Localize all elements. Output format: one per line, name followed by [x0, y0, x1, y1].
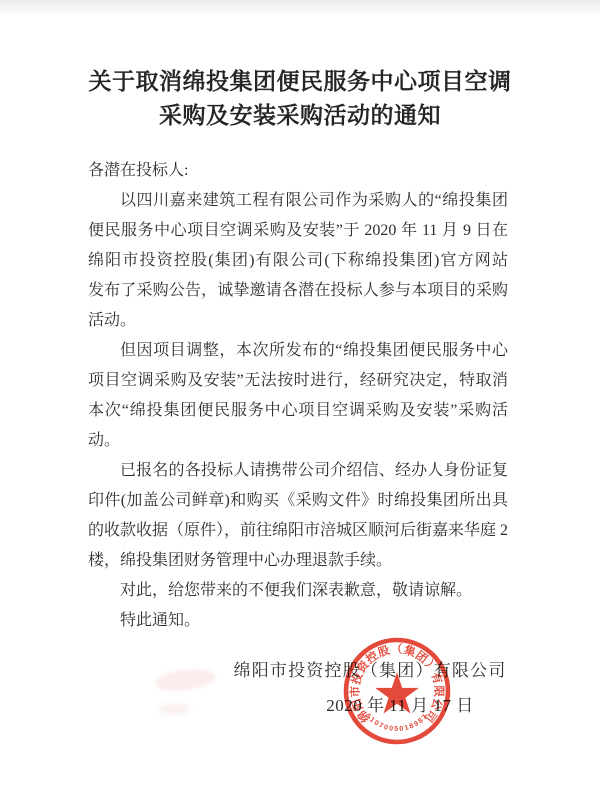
document-title: 关于取消绵投集团便民服务中心项目空调 采购及安装采购活动的通知 — [0, 64, 600, 132]
body-line: 便民服务中心项目空调采购及安装”于 2020 年 11 月 9 日在 — [88, 216, 508, 246]
body-line: 各潜在投标人: — [88, 156, 508, 186]
body-line: 活动。 — [88, 306, 508, 336]
body-line: 印件(加盖公司鲜章)和购买《采购文件》时绵投集团所出具 — [88, 486, 508, 516]
body-line: 已报名的各投标人请携带公司介绍信、经办人身份证复 — [88, 456, 508, 486]
ink-smudge — [154, 666, 216, 693]
notice-body: 各潜在投标人:以四川嘉来建筑工程有限公司作为采购人的“绵投集团便民服务中心项目空… — [88, 156, 508, 636]
body-line: 以四川嘉来建筑工程有限公司作为采购人的“绵投集团 — [88, 186, 508, 216]
document-title-line-2: 采购及安装采购活动的通知 — [0, 98, 600, 132]
body-line: 对此，给您带来的不便我们深表歉意，敬请谅解。 — [88, 576, 508, 606]
ink-smudge — [158, 703, 190, 715]
body-line: 动。 — [88, 426, 508, 456]
seal-number: 5107005018987 — [364, 713, 430, 733]
body-line: 发布了采购公告，诚挚邀请各潜在投标人参与本项目的采购 — [88, 276, 508, 306]
document-page: 关于取消绵投集团便民服务中心项目空调 采购及安装采购活动的通知 各潜在投标人:以… — [0, 0, 600, 800]
body-line: 的收款收据（原件），前往绵阳市涪城区顺河后街嘉来华庭 2 — [88, 516, 508, 546]
body-line: 特此通知。 — [88, 606, 508, 636]
scan-edge-shading — [0, 0, 600, 16]
star-icon — [375, 672, 419, 714]
body-line: 项目空调采购及安装”无法按时进行，经研究决定，特取消 — [88, 366, 508, 396]
body-line: 但因项目调整，本次所发布的“绵投集团便民服务中心 — [88, 336, 508, 366]
document-title-line-1: 关于取消绵投集团便民服务中心项目空调 — [0, 64, 600, 98]
body-line: 本次“绵投集团便民服务中心项目空调采购及安装”采购活 — [88, 396, 508, 426]
body-line: 楼，绵投集团财务管理中心办理退款手续。 — [88, 546, 508, 576]
body-line: 绵阳市投资控股(集团)有限公司(下称绵投集团)官方网站 — [88, 246, 508, 276]
company-seal-stamp: 绵阳市投资控股（集团）有限公司 5107005018987 — [341, 634, 453, 746]
